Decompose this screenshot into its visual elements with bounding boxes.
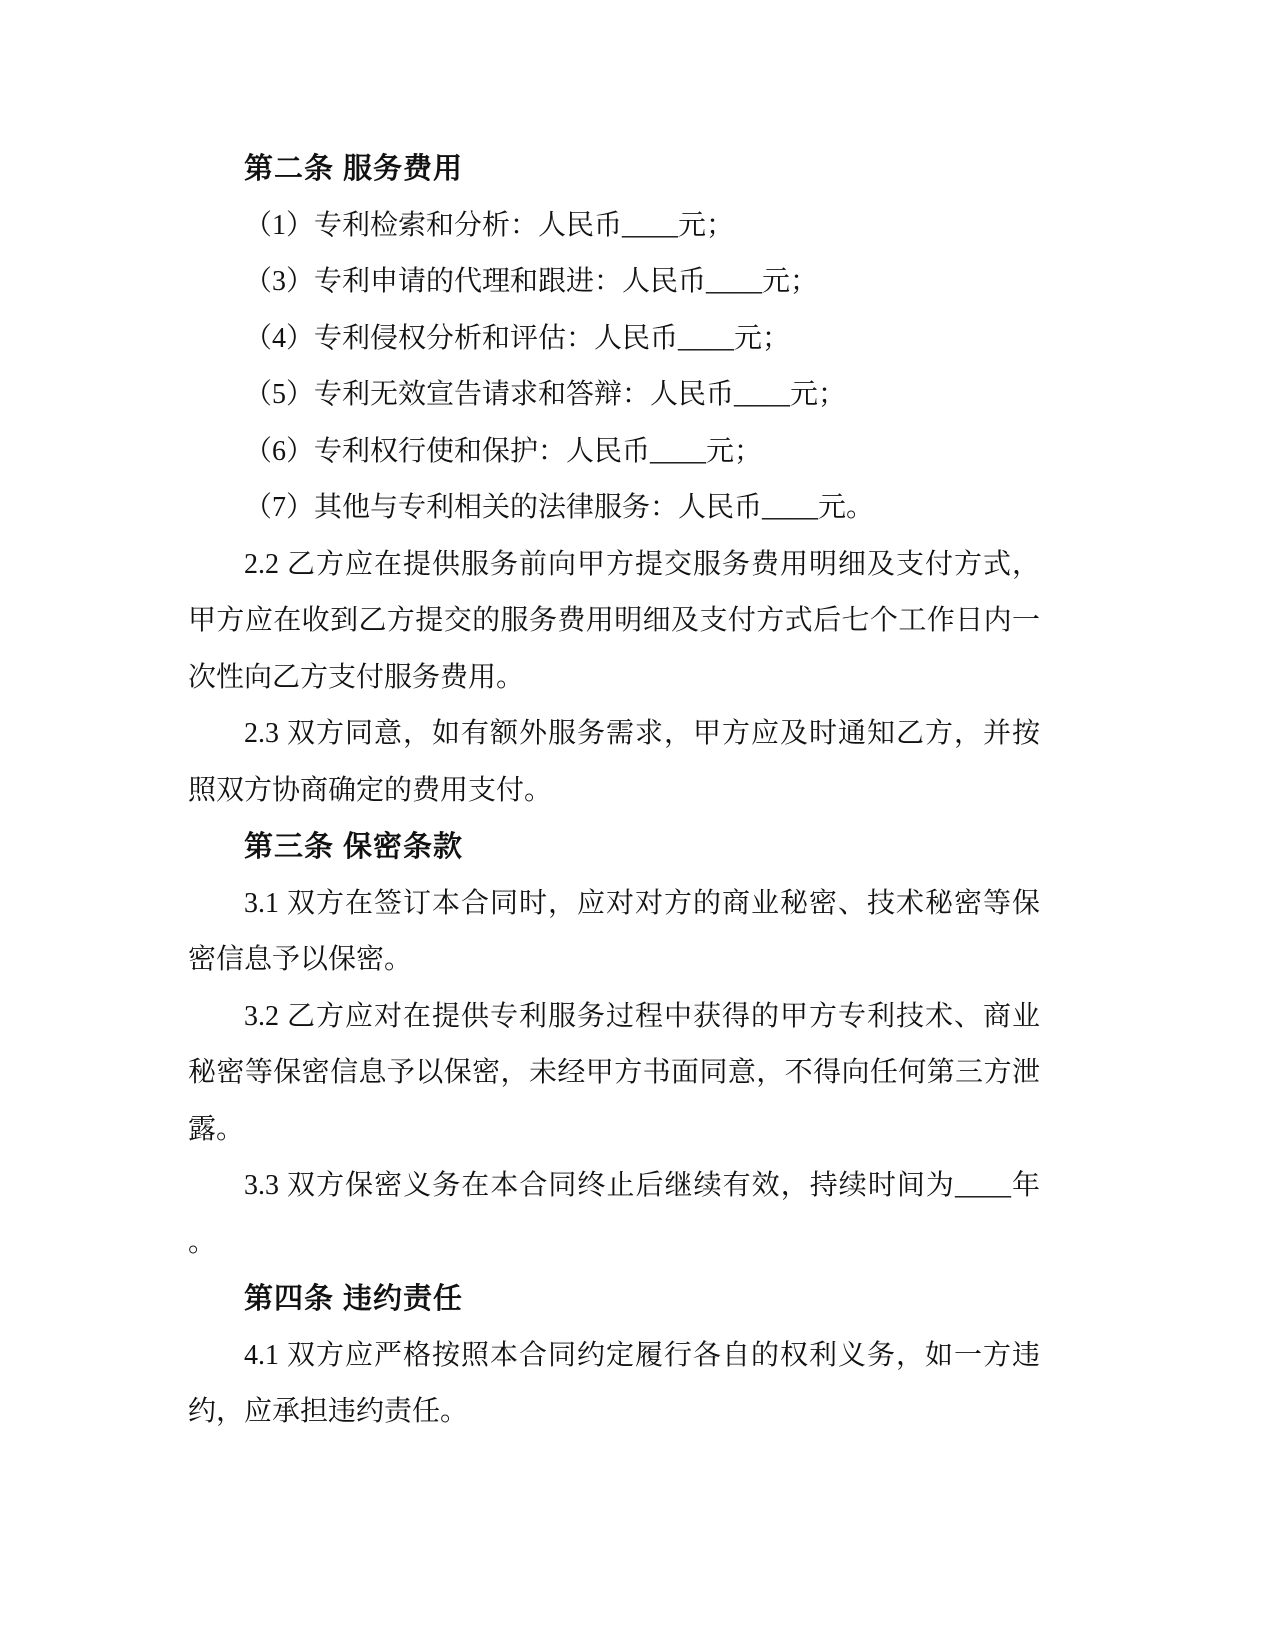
text-line: 露。 [188, 1102, 1040, 1159]
document-content: 第二条 服务费用（1）专利检索和分析：人民币____元；（3）专利申请的代理和跟… [0, 0, 1040, 1441]
text-line: 4.1 双方应严格按照本合同约定履行各自的权利义务，如一方违 [188, 1328, 1040, 1385]
text-line: （3）专利申请的代理和跟进：人民币____元； [188, 254, 1040, 311]
text-line: 照双方协商确定的费用支付。 [188, 763, 1040, 820]
text-line: （4）专利侵权分析和评估：人民币____元； [188, 311, 1040, 368]
text-line: 密信息予以保密。 [188, 932, 1040, 989]
text-line: （6）专利权行使和保护：人民币____元； [188, 424, 1040, 481]
text-line: 次性向乙方支付服务费用。 [188, 650, 1040, 707]
text-line: 甲方应在收到乙方提交的服务费用明细及支付方式后七个工作日内一 [188, 593, 1040, 650]
text-line: 3.3 双方保密义务在本合同终止后继续有效，持续时间为____年 [188, 1158, 1040, 1215]
text-line: （5）专利无效宣告请求和答辩：人民币____元； [188, 367, 1040, 424]
document-page: 第二条 服务费用（1）专利检索和分析：人民币____元；（3）专利申请的代理和跟… [0, 0, 1275, 1650]
text-line: （1）专利检索和分析：人民币____元； [188, 198, 1040, 255]
text-line: 2.2 乙方应在提供服务前向甲方提交服务费用明细及支付方式， [188, 537, 1040, 594]
section-heading: 第二条 服务费用 [188, 141, 1040, 198]
text-line: 秘密等保密信息予以保密，未经甲方书面同意，不得向任何第三方泄 [188, 1045, 1040, 1102]
text-line: （7）其他与专利相关的法律服务：人民币____元。 [188, 480, 1040, 537]
text-line: 3.1 双方在签订本合同时，应对对方的商业秘密、技术秘密等保 [188, 876, 1040, 933]
section-heading: 第四条 违约责任 [188, 1271, 1040, 1328]
text-line: 约，应承担违约责任。 [188, 1384, 1040, 1441]
text-line: 2.3 双方同意，如有额外服务需求，甲方应及时通知乙方，并按 [188, 706, 1040, 763]
text-line: 3.2 乙方应对在提供专利服务过程中获得的甲方专利技术、商业 [188, 989, 1040, 1046]
section-heading: 第三条 保密条款 [188, 819, 1040, 876]
text-line: 。 [188, 1215, 1040, 1272]
